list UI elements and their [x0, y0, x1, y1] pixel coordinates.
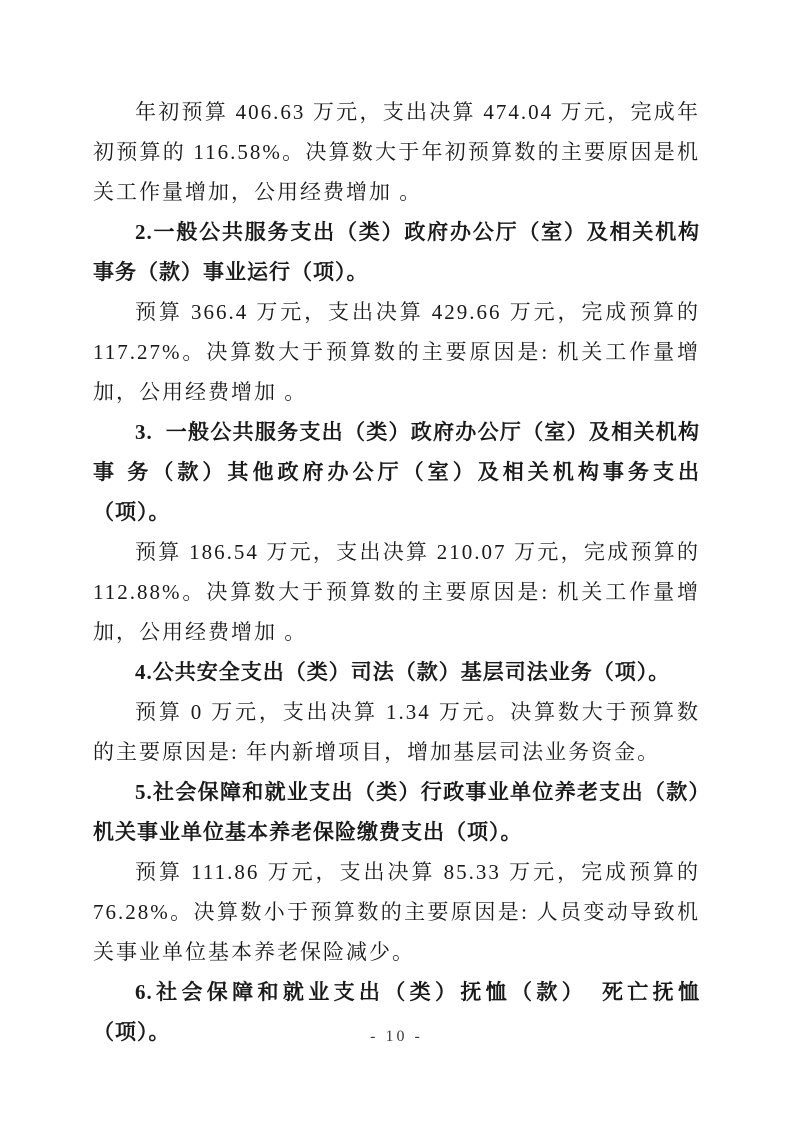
heading-item-3-other-gov-office-affairs: 3. 一般公共服务支出（类）政府办公厅（室）及相关机构事 务（款）其他政府办公厅…: [93, 412, 700, 532]
paragraph-item-4-budget-figures: 预算 0 万元，支出决算 1.34 万元。决算数大于预算数的主要原因是: 年内新…: [93, 692, 700, 772]
paragraph-item-2-budget-figures: 预算 366.4 万元，支出决算 429.66 万元，完成预算的 117.27%…: [93, 292, 700, 412]
heading-item-2-public-service-operations: 2.一般公共服务支出（类）政府办公厅（室）及相关机构事务（款）事业运行（项）。: [93, 212, 700, 292]
document-body: 年初预算 406.63 万元，支出决算 474.04 万元，完成年初预算的 11…: [93, 92, 700, 1052]
paragraph-item-3-budget-figures: 预算 186.54 万元，支出决算 210.07 万元，完成预算的 112.88…: [93, 532, 700, 652]
paragraph-item-5-budget-figures: 预算 111.86 万元，支出决算 85.33 万元，完成预算的 76.28%。…: [93, 852, 700, 972]
heading-item-4-public-security-judicial: 4.公共安全支出（类）司法（款）基层司法业务（项）。: [93, 652, 700, 692]
page-footer: - 10 -: [0, 1028, 793, 1046]
page-number: - 10 -: [370, 1028, 423, 1045]
document-page: 年初预算 406.63 万元，支出决算 474.04 万元，完成年初预算的 11…: [0, 0, 793, 1122]
heading-item-5-social-security-pension: 5.社会保障和就业支出（类）行政事业单位养老支出（款）机关事业单位基本养老保险缴…: [93, 772, 700, 852]
paragraph-general-office-admin-budget: 年初预算 406.63 万元，支出决算 474.04 万元，完成年初预算的 11…: [93, 92, 700, 212]
